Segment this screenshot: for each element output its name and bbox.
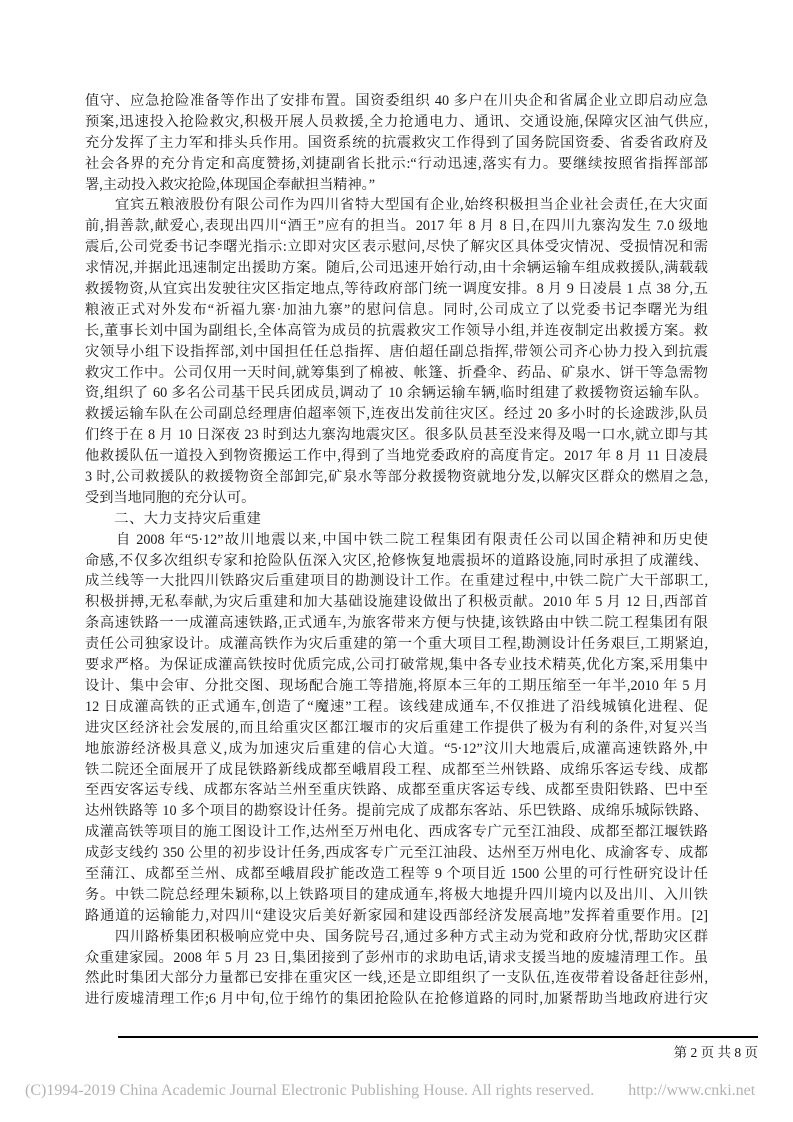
text-line: 灾领导小组下设指挥部,刘中国担任任总指挥、唐伯超任副总指挥,带领公司齐心协力投入… xyxy=(85,342,708,363)
text-line: 前,捐善款,献爱心,表现出四川“酒王”应有的担当。2017 年 8 月 8 日,… xyxy=(85,216,708,237)
watermark-copyright: (C)1994-2019 China Academic Journal Elec… xyxy=(25,1082,594,1100)
text-line: 预案,迅速投入抢险救灾,积极开展人员救援,全力抢通电力、通讯、交通设施,保障灾区… xyxy=(85,112,708,133)
text-line: 至西安客运专线、成都东客站兰州至重庆铁路、成都至重庆客运专线、成都至贵阳铁路、巴… xyxy=(85,780,708,801)
text-line: 充分发挥了主力军和排头兵作用。国资系统的抗震救灾工作得到了国务院国资委、省委省政… xyxy=(85,133,708,154)
text-line: 成灌高铁等项目的施工图设计工作,达州至万州电化、西成客专广元至江油段、成都至都江… xyxy=(85,822,708,843)
text-line: 值守、应急抢险准备等作出了安排布置。国资委组织 40 多户在川央企和省属企业立即… xyxy=(85,91,708,112)
text-line: 成彭支线约 350 公里的初步设计任务,西成客专广元至江油段、达州至万州电化、成… xyxy=(85,843,708,864)
text-line: 路通道的运输能力,对四川“建设灾后美好新家园和建设西部经济发展高地”发挥着重要作… xyxy=(85,906,708,927)
text-line: 社会各界的充分肯定和高度赞扬,刘捷副省长批示:“行动迅速,落实有力。要继续按照省… xyxy=(85,154,708,175)
text-line: 务。中铁二院总经理朱颖称,以上铁路项目的建成通车,将极大地提升四川境内以及出川、… xyxy=(85,885,708,906)
text-line: 救援物资,从宜宾出发驶往灾区指定地点,等待政府部门统一调度安排。8 月 9 日凌… xyxy=(85,279,708,300)
text-line: 他救援队伍一道投入到物资搬运工作中,得到了当地党委政府的高度肯定。2017 年 … xyxy=(85,446,708,467)
text-line: 条高速铁路一一成灌高速铁路,正式通车,为旅客带来方便与快捷,该铁路由中铁二院工程… xyxy=(85,613,708,634)
text-line: 粮液正式对外发布“祈福九寨·加油九寨”的慰问信息。同时,公司成立了以党委书记李曙… xyxy=(85,300,708,321)
text-line: 受到当地同胞的充分认可。 xyxy=(85,488,708,509)
text-line: 震后,公司党委书记李曙光指示:立即对灾区表示慰问,尽快了解灾区具体受灾情况、受损… xyxy=(85,237,708,258)
document-page: 值守、应急抢险准备等作出了安排布置。国资委组织 40 多户在川央企和省属企业立即… xyxy=(0,0,793,1122)
text-line: 众重建家园。2008 年 5 月 23 日,集团接到了彭州市的求助电话,请求支援… xyxy=(85,948,708,969)
footer-divider xyxy=(118,1036,758,1038)
text-line: 责任公司独家设计。成灌高铁作为灾后重建的第一个重大项目工程,勘测设计任务艰巨,工… xyxy=(85,634,708,655)
text-line: 进行废墟清理工作;6 月中旬,位于绵竹的集团抢险队在抢修道路的同时,加紧帮助当地… xyxy=(85,989,708,1010)
watermark-bar: (C)1994-2019 China Academic Journal Elec… xyxy=(25,1082,775,1100)
text-line: 成兰线等一大批四川铁路灾后重建项目的勘测设计工作。在重建过程中,中铁二院广大干部… xyxy=(85,571,708,592)
text-line: 四川路桥集团积极响应党中央、国务院号召,通过多种方式主动为党和政府分忧,帮助灾区… xyxy=(85,927,708,948)
text-line: 署,主动投入救灾抢险,体现国企奉献担当精神。” xyxy=(85,175,708,196)
text-line: 自 2008 年“5·12”故川地震以来,中国中铁二院工程集团有限责任公司以国企… xyxy=(85,530,708,551)
text-line: 进灾区经济社会发展的,而且给重灾区都江堰市的灾后重建工作提供了极为有利的条件,对… xyxy=(85,718,708,739)
page-number-label: 第 2 页 共 8 页 xyxy=(118,1041,758,1061)
watermark-url: http://www.cnki.net xyxy=(628,1082,755,1100)
text-line: 资,组织了 60 多名公司基干民兵团成员,调动了 10 余辆运输车辆,临时组建了… xyxy=(85,383,708,404)
text-line: 铁二院还全面展开了成昆铁路新线成都至峨眉段工程、成都至兰州铁路、成绵乐客运专线、… xyxy=(85,760,708,781)
body-text-block: 值守、应急抢险准备等作出了安排布置。国资委组织 40 多户在川央企和省属企业立即… xyxy=(85,91,708,1010)
text-line: 然此时集团大部分力量都已安排在重灾区一线,还是立即组织了一支队伍,连夜带着设备赶… xyxy=(85,968,708,989)
text-line: 设计、集中会审、分批交图、现场配合施工等措施,将原本三年的工期压缩至一年半,20… xyxy=(85,676,708,697)
text-line: 积极拼搏,无私奉献,为灾后重建和加大基础设施建设做出了积极贡献。2010 年 5… xyxy=(85,592,708,613)
section-heading: 二、大力支持灾后重建 xyxy=(85,509,708,530)
text-line: 达州铁路等 10 多个项目的勘察设计任务。提前完成了成都东客站、乐巴铁路、成绵乐… xyxy=(85,801,708,822)
text-line: 要求严格。为保证成灌高铁按时优质完成,公司打破常规,集中各专业技术精英,优化方案… xyxy=(85,655,708,676)
text-line: 长,董事长刘中国为副组长,全体高管为成员的抗震救灾工作领导小组,并连夜制定出救援… xyxy=(85,321,708,342)
text-line: 救援运输车队在公司副总经理唐伯超率领下,连夜出发前往灾区。经过 20 多小时的长… xyxy=(85,404,708,425)
text-line: 宜宾五粮液股份有限公司作为四川省特大型国有企业,始终积极担当企业社会责任,在大灾… xyxy=(85,195,708,216)
text-line: 12 日成灌高铁的正式通车,创造了“魔速”工程。该线建成通车,不仅推进了沿线城镇… xyxy=(85,697,708,718)
text-line: 地旅游经济极具意义,成为加速灾后重建的信心大道。“5·12”汶川大地震后,成灌高… xyxy=(85,739,708,760)
text-line: 们终于在 8 月 10 日深夜 23 时到达九寨沟地震灾区。很多队员甚至没来得及… xyxy=(85,425,708,446)
text-line: 求情况,并据此迅速制定出援助方案。随后,公司迅速开始行动,由十余辆运输车组成救援… xyxy=(85,258,708,279)
text-line: 救灾工作中。公司仅用一天时间,就筹集到了棉被、帐篷、折叠伞、药品、矿泉水、饼干等… xyxy=(85,363,708,384)
text-line: 3 时,公司救援队的救援物资全部卸完,矿泉水等部分救援物资就地分发,以解灾区群众… xyxy=(85,467,708,488)
text-line: 命感,不仅多次组织专家和抢险队伍深入灾区,抢修恢复地震损坏的道路设施,同时承担了… xyxy=(85,551,708,572)
text-line: 至蒲江、成都至兰州、成都至峨眉段扩能改造工程等 9 个项目近 1500 公里的可… xyxy=(85,864,708,885)
